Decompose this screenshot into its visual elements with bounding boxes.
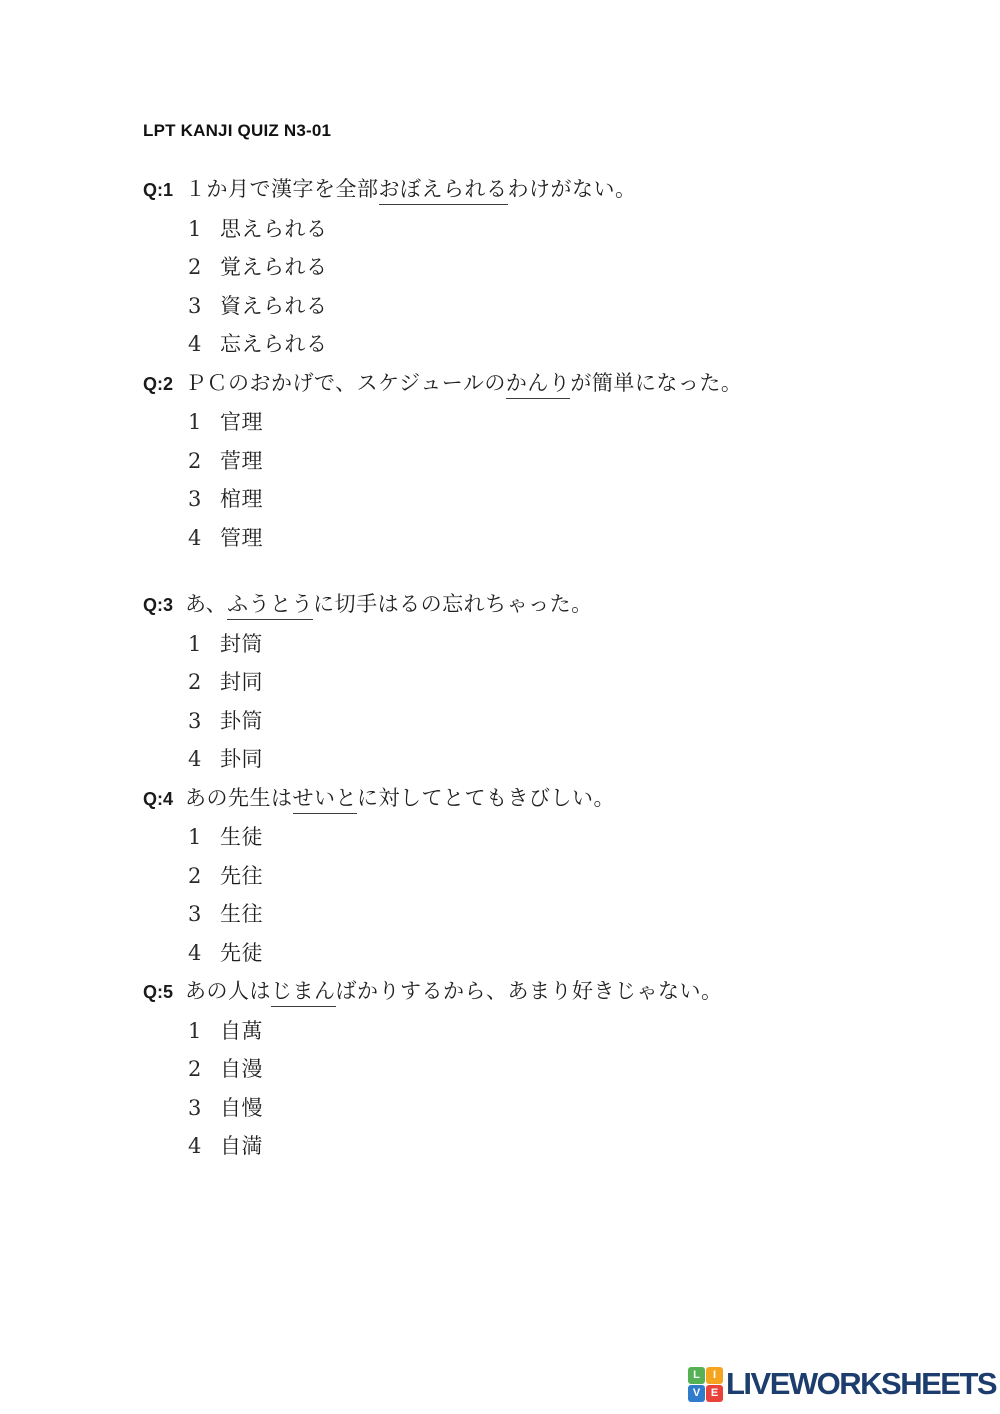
answer-option[interactable]: 1 生徒	[143, 818, 960, 857]
question-label: Q:3	[143, 586, 185, 625]
answer-option[interactable]: 2 覚えられる	[143, 248, 960, 287]
option-number: 3	[188, 287, 220, 326]
logo-letter-square: I	[706, 1367, 723, 1384]
sentence-pre: あの人は	[185, 979, 271, 1003]
option-number: 1	[188, 818, 220, 857]
option-number: 3	[188, 702, 220, 741]
option-text: 先徒	[220, 934, 263, 973]
logo-letter-square: E	[706, 1385, 723, 1402]
option-text: 生徒	[220, 818, 263, 857]
option-number: 3	[188, 480, 220, 519]
option-text: 菅理	[220, 442, 263, 481]
sentence-pre: １か月で漢字を全部	[185, 177, 379, 201]
question-label: Q:4	[143, 780, 185, 819]
question-spacer	[143, 557, 960, 585]
option-number: 2	[188, 442, 220, 481]
option-text: 卦同	[220, 740, 263, 779]
answer-option[interactable]: 2 菅理	[143, 442, 960, 481]
option-number: 4	[188, 519, 220, 558]
option-text: 資えられる	[220, 287, 328, 326]
option-text: 自萬	[220, 1012, 263, 1051]
answer-option[interactable]: 4 忘えられる	[143, 325, 960, 364]
answer-option[interactable]: 4 先徒	[143, 934, 960, 973]
option-list: 1 封筒 2 封同 3 卦筒 4 卦同	[143, 625, 960, 779]
question-line: Q:2 ＰＣのおかげで、スケジュールのかんりが簡単になった。	[143, 364, 960, 404]
question-line: Q:5 あの人はじまんばかりするから、あまり好きじゃない。	[143, 972, 960, 1012]
option-list: 1 思えられる 2 覚えられる 3 資えられる 4 忘えられる	[143, 210, 960, 364]
worksheet-content: LPT KANJI QUIZ N3-01 Q:1 １か月で漢字を全部おぼえられる…	[143, 121, 960, 1166]
option-number: 2	[188, 1050, 220, 1089]
question-label: Q:2	[143, 365, 185, 404]
question-sentence: あの先生はせいとに対してとてもきびしい。	[185, 779, 615, 818]
option-number: 3	[188, 895, 220, 934]
question-sentence: １か月で漢字を全部おぼえられるわけがない。	[185, 170, 637, 209]
sentence-post: わけがない。	[508, 177, 637, 201]
option-text: 自慢	[220, 1089, 263, 1128]
option-text: 生往	[220, 895, 263, 934]
option-number: 4	[188, 325, 220, 364]
answer-option[interactable]: 1 封筒	[143, 625, 960, 664]
sentence-underlined-term: おぼえられる	[379, 177, 508, 205]
worksheet-page: LPT KANJI QUIZ N3-01 Q:1 １か月で漢字を全部おぼえられる…	[0, 0, 1000, 1414]
answer-option[interactable]: 2 封同	[143, 663, 960, 702]
quiz-title: LPT KANJI QUIZ N3-01	[143, 121, 960, 141]
question-sentence: ＰＣのおかげで、スケジュールのかんりが簡単になった。	[185, 364, 742, 403]
question-line: Q:3 あ、ふうとうに切手はるの忘れちゃった。	[143, 585, 960, 625]
option-text: 自漫	[220, 1050, 263, 1089]
question-sentence: あ、ふうとうに切手はるの忘れちゃった。	[185, 585, 593, 624]
answer-option[interactable]: 4 管理	[143, 519, 960, 558]
option-number: 1	[188, 1012, 220, 1051]
option-text: 覚えられる	[220, 248, 328, 287]
sentence-pre: ＰＣのおかげで、スケジュールの	[185, 371, 506, 395]
option-text: 自満	[220, 1127, 263, 1166]
answer-option[interactable]: 4 自満	[143, 1127, 960, 1166]
question-line: Q:4 あの先生はせいとに対してとてもきびしい。	[143, 779, 960, 819]
option-text: 忘えられる	[220, 325, 328, 364]
option-text: 管理	[220, 519, 263, 558]
answer-option[interactable]: 4 卦同	[143, 740, 960, 779]
liveworksheets-grid-icon: LIVE	[688, 1367, 723, 1402]
answer-option[interactable]: 3 卦筒	[143, 702, 960, 741]
question-block: Q:5 あの人はじまんばかりするから、あまり好きじゃない。 1 自萬 2 自漫 …	[143, 972, 960, 1166]
option-number: 1	[188, 625, 220, 664]
sentence-pre: あの先生は	[185, 786, 293, 810]
option-list: 1 官理 2 菅理 3 棺理 4 管理	[143, 403, 960, 557]
liveworksheets-wordmark: LIVEWORKSHEETS	[726, 1366, 996, 1402]
answer-option[interactable]: 1 官理	[143, 403, 960, 442]
sentence-post: に対してとてもきびしい。	[357, 786, 615, 810]
question-line: Q:1 １か月で漢字を全部おぼえられるわけがない。	[143, 170, 960, 210]
sentence-pre: あ、	[185, 592, 227, 616]
answer-option[interactable]: 1 自萬	[143, 1012, 960, 1051]
option-number: 2	[188, 857, 220, 896]
liveworksheets-logo: LIVE LIVEWORKSHEETS	[688, 1366, 996, 1402]
answer-option[interactable]: 3 自慢	[143, 1089, 960, 1128]
option-text: 卦筒	[220, 702, 263, 741]
option-number: 4	[188, 1127, 220, 1166]
logo-letter-square: L	[688, 1367, 705, 1384]
option-number: 2	[188, 663, 220, 702]
question-label: Q:1	[143, 171, 185, 210]
answer-option[interactable]: 3 資えられる	[143, 287, 960, 326]
option-text: 封筒	[220, 625, 263, 664]
sentence-underlined-term: かんり	[506, 371, 571, 399]
question-block: Q:1 １か月で漢字を全部おぼえられるわけがない。 1 思えられる 2 覚えられ…	[143, 170, 960, 364]
question-label: Q:5	[143, 973, 185, 1012]
answer-option[interactable]: 2 先往	[143, 857, 960, 896]
sentence-underlined-term: ふうとう	[227, 592, 313, 620]
sentence-underlined-term: じまん	[271, 979, 336, 1007]
option-number: 2	[188, 248, 220, 287]
option-list: 1 生徒 2 先往 3 生往 4 先徒	[143, 818, 960, 972]
option-number: 1	[188, 210, 220, 249]
question-block: Q:4 あの先生はせいとに対してとてもきびしい。 1 生徒 2 先往 3 生往 …	[143, 779, 960, 973]
option-text: 封同	[220, 663, 263, 702]
question-block: Q:2 ＰＣのおかげで、スケジュールのかんりが簡単になった。 1 官理 2 菅理…	[143, 364, 960, 558]
option-text: 官理	[220, 403, 263, 442]
question-sentence: あの人はじまんばかりするから、あまり好きじゃない。	[185, 972, 723, 1011]
sentence-post: ばかりするから、あまり好きじゃない。	[336, 979, 723, 1003]
option-number: 4	[188, 740, 220, 779]
sentence-post: に切手はるの忘れちゃった。	[313, 592, 593, 616]
option-number: 1	[188, 403, 220, 442]
answer-option[interactable]: 2 自漫	[143, 1050, 960, 1089]
logo-letter-square: V	[688, 1385, 705, 1402]
option-list: 1 自萬 2 自漫 3 自慢 4 自満	[143, 1012, 960, 1166]
option-text: 棺理	[220, 480, 263, 519]
answer-option[interactable]: 3 棺理	[143, 480, 960, 519]
option-text: 思えられる	[220, 210, 328, 249]
option-number: 4	[188, 934, 220, 973]
answer-option[interactable]: 3 生往	[143, 895, 960, 934]
sentence-underlined-term: せいと	[293, 786, 358, 814]
answer-option[interactable]: 1 思えられる	[143, 210, 960, 249]
sentence-post: が簡単になった。	[570, 371, 742, 395]
question-block: Q:3 あ、ふうとうに切手はるの忘れちゃった。 1 封筒 2 封同 3 卦筒 4…	[143, 585, 960, 779]
option-number: 3	[188, 1089, 220, 1128]
question-list: Q:1 １か月で漢字を全部おぼえられるわけがない。 1 思えられる 2 覚えられ…	[143, 170, 960, 1166]
option-text: 先往	[220, 857, 263, 896]
